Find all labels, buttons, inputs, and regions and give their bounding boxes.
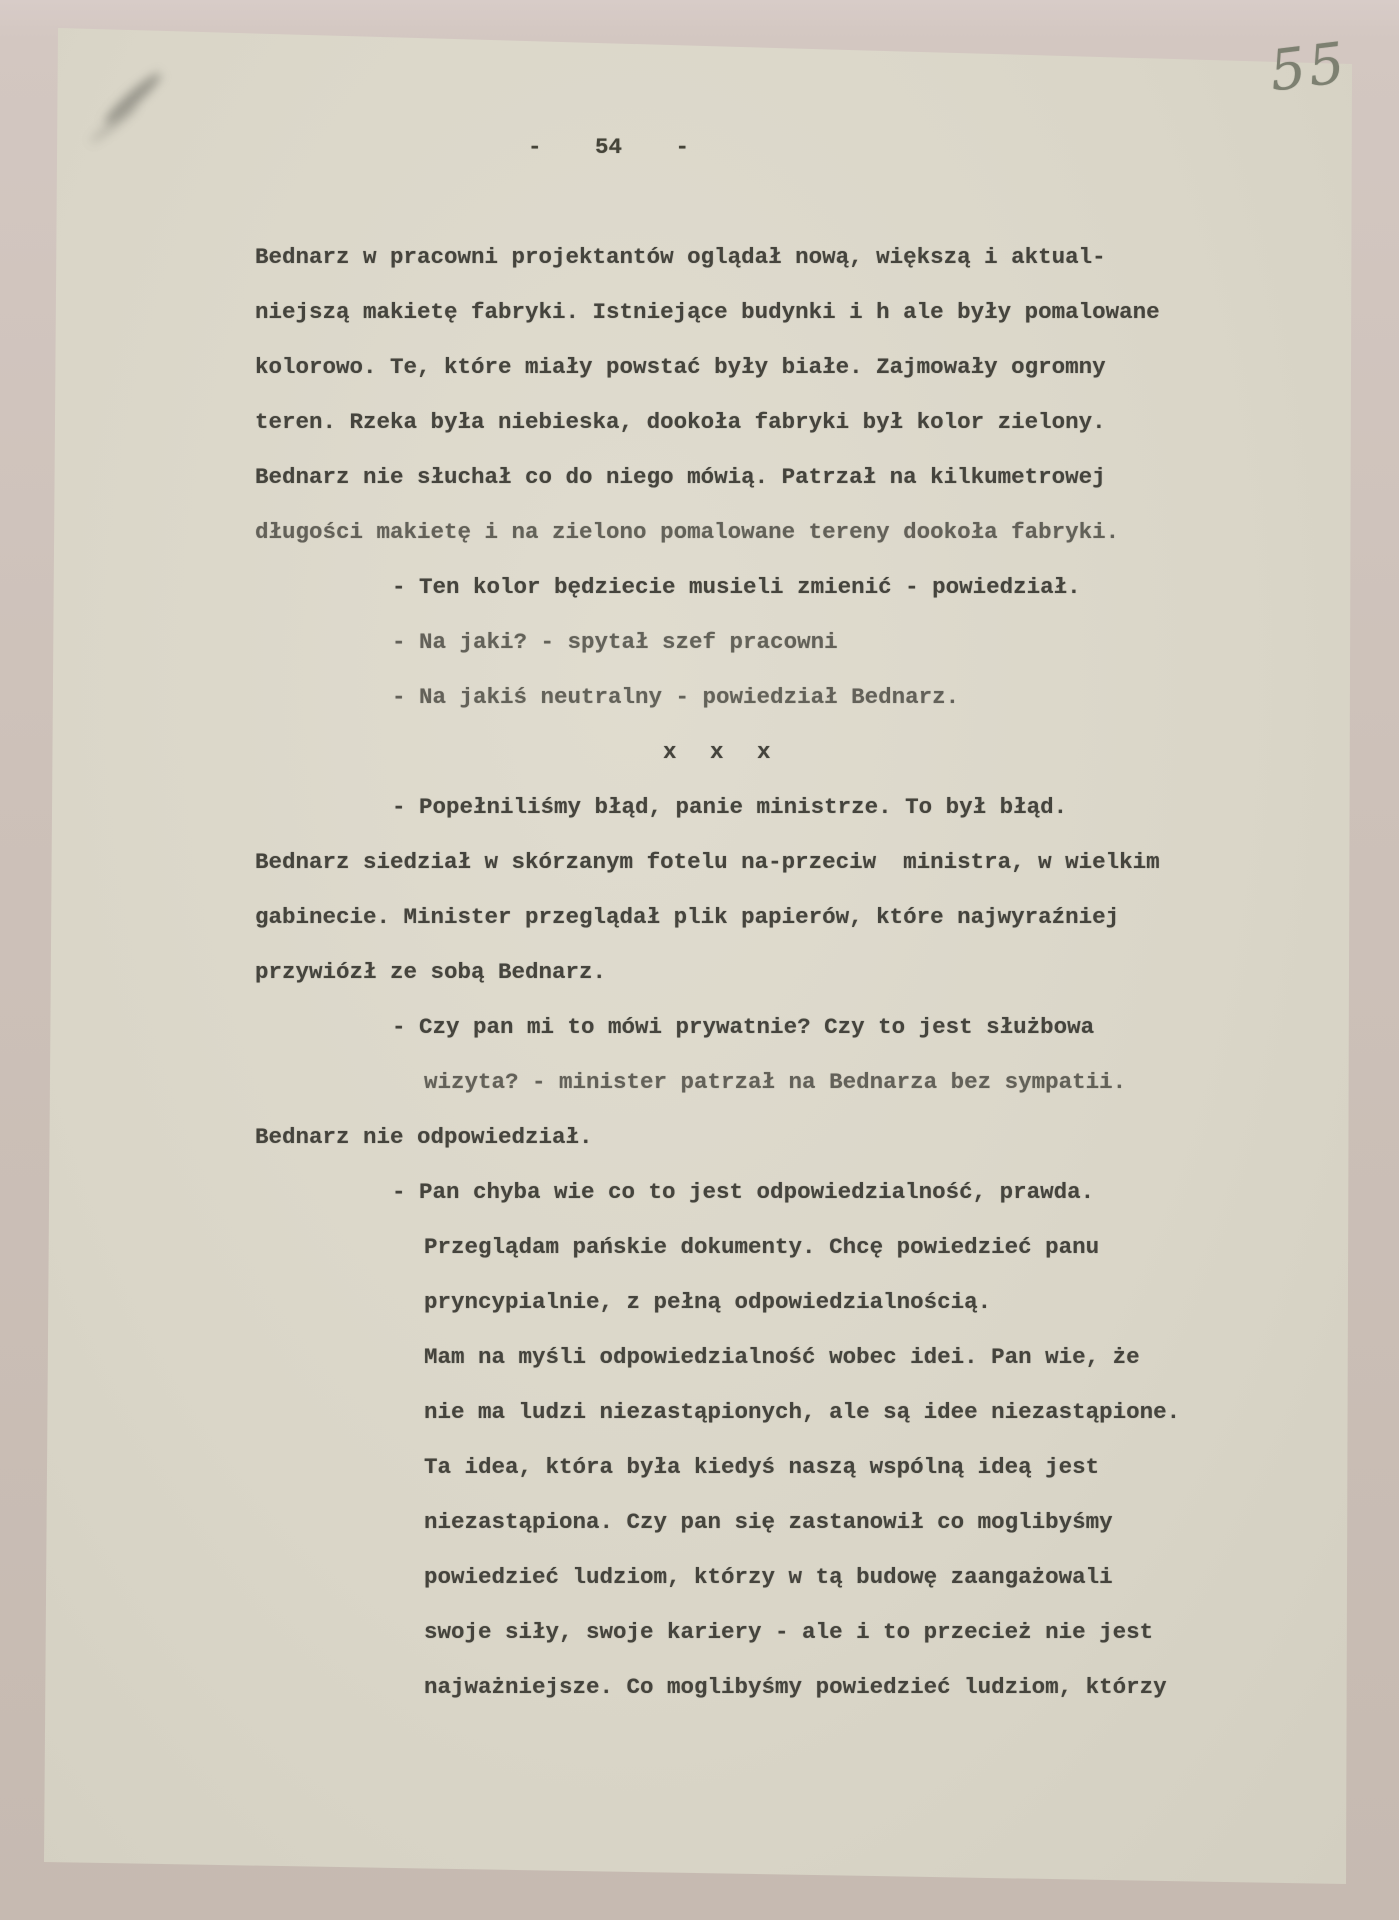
text-line: Ta idea, która była kiedyś naszą wspólną… [424,1440,1195,1495]
text-line: powiedzieć ludziom, którzy w tą budowę z… [424,1550,1195,1605]
text-line: przywiózł ze sobą Bednarz. [255,945,1195,1000]
text-line: Bednarz nie słuchał co do niego mówią. P… [255,450,1195,505]
text-line: wizyta? - minister patrzał na Bednarza b… [424,1055,1195,1110]
typewritten-text: Bednarz w pracowni projektantów oglądał … [255,230,1195,1715]
text-line: gabinecie. Minister przeglądał plik papi… [255,890,1195,945]
text-line: najważniejsze. Co moglibyśmy powiedzieć … [424,1660,1195,1715]
text-line: Bednarz nie odpowiedział. [255,1110,1195,1165]
text-line: swoje siły, swoje kariery - ale i to prz… [424,1605,1195,1660]
page-number: - 54 - [528,120,689,175]
scan-background: 55 - 54 - Bednarz w pracowni projektantó… [0,0,1399,1920]
text-line: długości makietę i na zielono pomalowane… [255,505,1195,560]
handwritten-page-number: 55 [1267,36,1351,101]
text-line: Bednarz w pracowni projektantów oglądał … [255,230,1195,285]
text-line: Mam na myśli odpowiedzialność wobec idei… [424,1330,1195,1385]
text-line: niejszą makietę fabryki. Istniejące budy… [255,285,1195,340]
text-line: - Czy pan mi to mówi prywatnie? Czy to j… [392,1000,1195,1055]
text-line: nie ma ludzi niezastąpionych, ale są ide… [424,1385,1195,1440]
text-line: Bednarz siedział w skórzanym fotelu na-p… [255,835,1195,890]
section-divider: x x x [663,725,1195,780]
text-line: niezastąpiona. Czy pan się zastanowił co… [424,1495,1195,1550]
text-line: - Na jakiś neutralny - powiedział Bednar… [392,670,1195,725]
text-line: kolorowo. Te, które miały powstać były b… [255,340,1195,395]
text-line: pryncypialnie, z pełną odpowiedzialności… [424,1275,1195,1330]
text-line: - Pan chyba wie co to jest odpowiedzialn… [392,1165,1195,1220]
text-line: - Popełniliśmy błąd, panie ministrze. To… [392,780,1195,835]
text-line: Przeglądam pańskie dokumenty. Chcę powie… [424,1220,1195,1275]
text-line: - Ten kolor będziecie musieli zmienić - … [392,560,1195,615]
text-line: - Na jaki? - spytał szef pracowni [392,615,1195,670]
text-line: teren. Rzeka była niebieska, dookoła fab… [255,395,1195,450]
